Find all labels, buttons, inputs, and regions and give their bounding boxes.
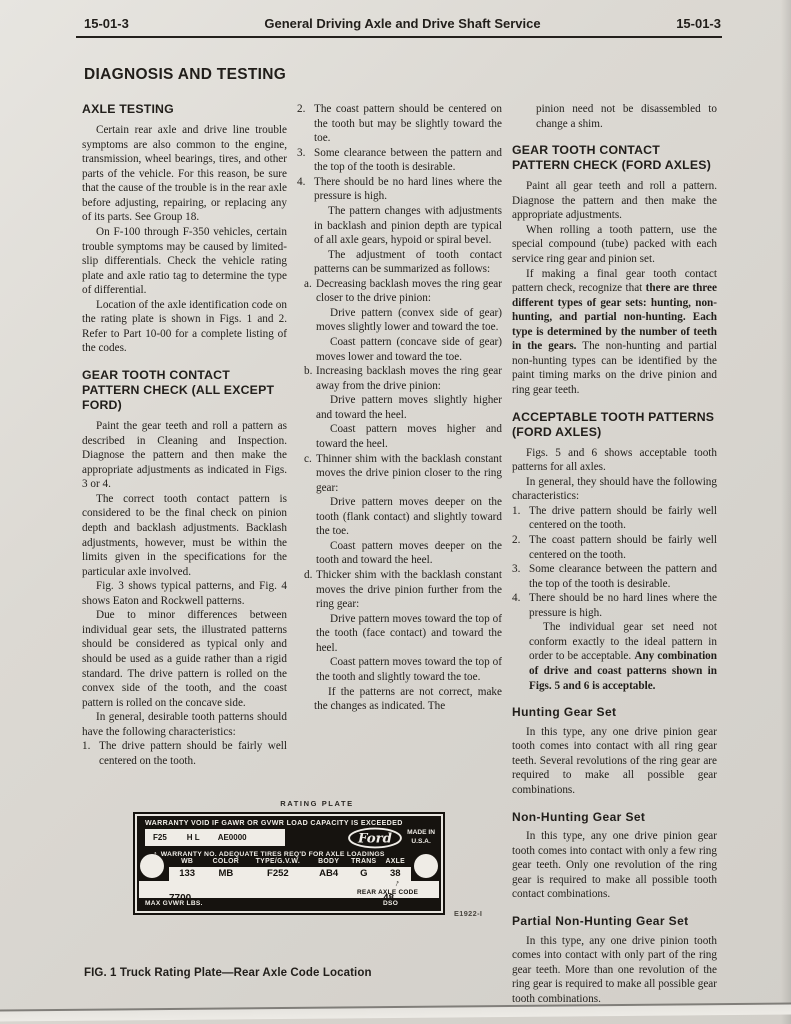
serial-number-box: F25 H L AE0000: [145, 829, 285, 846]
paragraph: In general, desirable tooth patterns sho…: [82, 710, 287, 739]
paragraph: The correct tooth contact pattern is con…: [82, 492, 287, 579]
sub-paragraph: Drive pattern moves toward the top of th…: [316, 612, 502, 656]
paragraph: In this type, any one drive pinion tooth…: [512, 934, 717, 1007]
sub-paragraph: Coast pattern moves deeper on the tooth …: [316, 539, 502, 568]
continuation-paragraph: The pattern changes with adjustments in …: [314, 204, 502, 248]
item-marker: 3.: [512, 562, 520, 577]
continuation-paragraph: If the patterns are not correct, make th…: [314, 685, 502, 714]
mounting-hole-left: [140, 854, 164, 878]
paragraph: In general, they should have the followi…: [512, 475, 717, 504]
item-marker: 3.: [297, 146, 305, 161]
numbered-item: 2.The coast pattern should be centered o…: [297, 102, 502, 146]
manual-page: 15-01-3 General Driving Axle and Drive S…: [0, 0, 791, 1024]
sub-paragraph: Coast pattern (concave side of gear) mov…: [316, 335, 502, 364]
section-heading: ACCEPTABLE TOOTH PATTERNS (FORD AXLES): [512, 410, 717, 440]
paragraph: Due to minor differences between individ…: [82, 608, 287, 710]
section-heading: AXLE TESTING: [82, 102, 287, 117]
subsection-heading: Non-Hunting Gear Set: [512, 810, 717, 826]
section-heading: GEAR TOOTH CONTACT PATTERN CHECK (ALL EX…: [82, 368, 287, 413]
continuation-paragraph: The individual gear set need not conform…: [529, 620, 717, 693]
numbered-item: 4.There should be no hard lines where th…: [297, 175, 502, 204]
numbered-item: 4.There should be no hard lines where th…: [512, 591, 717, 620]
warranty-no-line: ↑WARRANTY NO. ADEQUATE TIRES REQ'D FOR A…: [153, 848, 385, 858]
col-header: TRANS: [348, 858, 379, 865]
page-number-right: 15-01-3: [676, 16, 721, 31]
lettered-item: b.Increasing backlash moves the ring gea…: [304, 364, 502, 393]
value-trans: G: [348, 868, 379, 879]
sub-paragraph: Drive pattern moves deeper on the tooth …: [316, 495, 502, 539]
paragraph: In this type, any one drive pinion gear …: [512, 725, 717, 798]
lettered-item: c.Thinner shim with the backlash constan…: [304, 452, 502, 496]
figure-rating-plate: RATING PLATE WARRANTY VOID IF GAWR OR GV…: [82, 799, 502, 979]
item-marker: 4.: [297, 175, 305, 190]
page-number-left: 15-01-3: [84, 16, 129, 31]
sub-paragraph: Coast pattern moves higher and toward th…: [316, 422, 502, 451]
serial-number: AE0000: [218, 833, 247, 842]
col-header: TYPE/G.V.W.: [246, 858, 309, 865]
logo-area: Ford MADE IN U.S.A.: [346, 827, 435, 849]
paragraph: In this type, any one drive pinion gear …: [512, 829, 717, 902]
paragraph: Paint the gear teeth and roll a pattern …: [82, 419, 287, 492]
numbered-item: 3.Some clearance between the pattern and…: [512, 562, 717, 591]
sub-paragraph: Drive pattern (convex side of gear) move…: [316, 306, 502, 335]
section-heading: GEAR TOOTH CONTACT PATTERN CHECK (FORD A…: [512, 143, 717, 173]
paragraph: Paint all gear teeth and roll a pattern.…: [512, 179, 717, 223]
sub-paragraph: Coast pattern moves toward the top of th…: [316, 655, 502, 684]
col-header: AXLE: [380, 858, 411, 865]
item-marker: c.: [304, 452, 312, 467]
sub-paragraph: Drive pattern moves slightly higher and …: [316, 393, 502, 422]
item-marker: 2.: [512, 533, 520, 548]
page-header: 15-01-3 General Driving Axle and Drive S…: [0, 0, 791, 31]
item-marker: 2.: [297, 102, 305, 117]
item-marker: 1.: [512, 504, 520, 519]
column-2: 2.The coast pattern should be centered o…: [297, 102, 502, 769]
figure-label: RATING PLATE: [133, 799, 473, 808]
continuation-paragraph: The adjustment of tooth contact patterns…: [314, 248, 502, 277]
page-title: General Driving Axle and Drive Shaft Ser…: [129, 16, 676, 31]
paragraph: On F-100 through F-350 vehicles, certain…: [82, 225, 287, 298]
svg-text:Ford: Ford: [357, 830, 393, 846]
value-wb: 133: [169, 868, 205, 879]
column-1: AXLE TESTINGCertain rear axle and drive …: [82, 102, 287, 769]
paragraph: Location of the axle identification code…: [82, 298, 287, 356]
item-marker: 1.: [82, 739, 90, 754]
item-marker: a.: [304, 277, 312, 292]
lettered-item: d.Thicker shim with the backlash constan…: [304, 568, 502, 612]
value-color: MB: [205, 868, 246, 879]
content-area: AXLE TESTINGCertain rear axle and drive …: [82, 102, 791, 1006]
paragraph: Certain rear axle and drive line trouble…: [82, 123, 287, 225]
ford-logo-icon: Ford: [346, 827, 404, 849]
item-marker: 4.: [512, 591, 520, 606]
plate-bottom-band: MAX GVWR LBS. DSO: [139, 898, 439, 909]
mounting-hole-right: [414, 854, 438, 878]
numbered-item: 1.The drive pattern should be fairly wel…: [512, 504, 717, 533]
paragraph: Figs. 5 and 6 shows acceptable tooth pat…: [512, 446, 717, 475]
numbered-item: 2.The coast pattern should be fairly wel…: [512, 533, 717, 562]
warranty-void-line: WARRANTY VOID IF GAWR OR GVWR LOAD CAPAC…: [145, 819, 435, 827]
subsection-heading: Hunting Gear Set: [512, 705, 717, 721]
item-marker: d.: [304, 568, 312, 583]
figure-reference-code: E1922-I: [454, 909, 482, 918]
value-type-gvw: F252: [246, 868, 309, 879]
column-3: pinion need not be disassembled to chang…: [512, 102, 717, 1006]
made-in-usa-label: MADE IN U.S.A.: [407, 829, 435, 845]
dso-label: DSO: [383, 900, 398, 907]
numbered-item: 1.The drive pattern should be fairly wel…: [82, 739, 287, 768]
paragraph: Fig. 3 shows typical patterns, and Fig. …: [82, 579, 287, 608]
paragraph: If making a final gear tooth contact pat…: [512, 267, 717, 398]
left-columns-wrap: AXLE TESTINGCertain rear axle and drive …: [82, 102, 502, 1006]
continuation-paragraph: pinion need not be disassembled to chang…: [536, 102, 717, 131]
item-marker: b.: [304, 364, 312, 379]
col-header: BODY: [309, 858, 348, 865]
plate-table-header: WB COLOR TYPE/G.V.W. BODY TRANS AXLE: [169, 858, 411, 865]
max-gvwr-label: MAX GVWR LBS.: [145, 900, 203, 907]
value-body: AB4: [309, 868, 348, 879]
serial-code: H L: [187, 833, 200, 842]
numbered-item: 3.Some clearance between the pattern and…: [297, 146, 502, 175]
figure-caption: FIG. 1 Truck Rating Plate—Rear Axle Code…: [84, 967, 502, 979]
col-header: COLOR: [205, 858, 246, 865]
rating-plate: WARRANTY VOID IF GAWR OR GVWR LOAD CAPAC…: [133, 812, 445, 915]
value-axle: 38: [380, 868, 411, 879]
plate-table-values: 133 MB F252 AB4 G 38: [169, 867, 411, 881]
lettered-item: a.Decreasing backlash moves the ring gea…: [304, 277, 502, 306]
header-rule: [76, 36, 722, 38]
col-header: WB: [169, 858, 205, 865]
serial-model: F25: [153, 833, 167, 842]
subsection-heading: Partial Non-Hunting Gear Set: [512, 914, 717, 930]
section-title: DIAGNOSIS AND TESTING: [84, 66, 791, 84]
paragraph: When rolling a tooth pattern, use the sp…: [512, 223, 717, 267]
